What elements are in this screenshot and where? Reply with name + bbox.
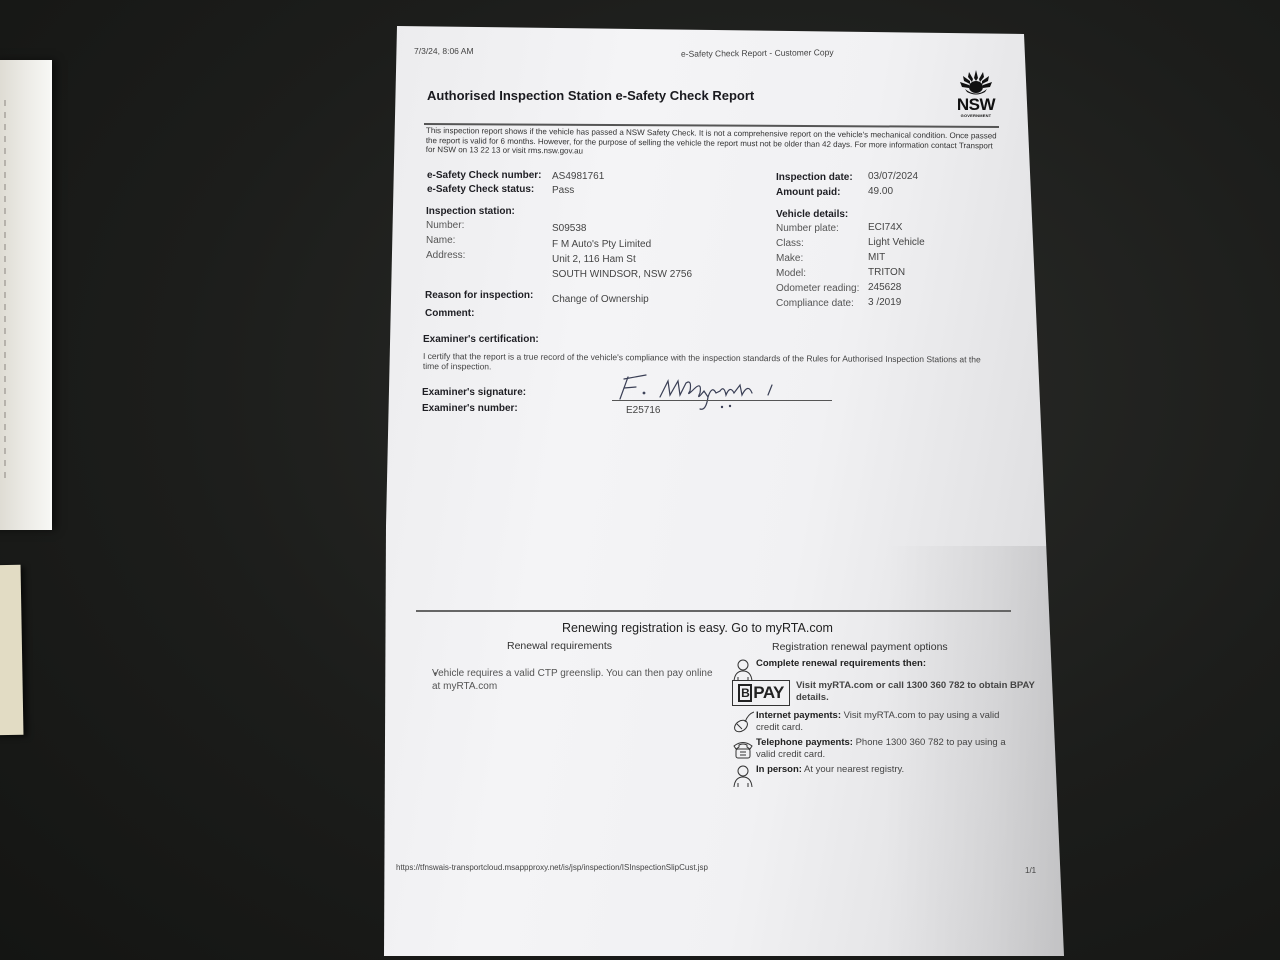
station-name-label: Name: <box>426 235 455 246</box>
comment-label: Comment: <box>425 308 474 319</box>
renewal-title: Renewing registration is easy. Go to myR… <box>562 621 833 635</box>
examiner-signature-label: Examiner's signature: <box>422 387 526 398</box>
amount-paid-label: Amount paid: <box>776 187 840 198</box>
payment-option: Internet payments: Visit myRTA.com to pa… <box>732 710 1018 734</box>
mouse-icon <box>732 710 754 734</box>
signature-line <box>612 400 832 401</box>
vehicle-field-value: Light Vehicle <box>868 237 925 248</box>
telephone-icon <box>732 737 754 761</box>
logo-nsw-text: NSW <box>956 96 996 113</box>
check-status-label: e-Safety Check status: <box>427 184 534 195</box>
logo-government-text: GOVERNMENT <box>956 113 996 118</box>
station-number-label: Number: <box>426 220 464 231</box>
waratah-icon <box>958 68 994 96</box>
reason-value: Change of Ownership <box>552 294 649 305</box>
certification-heading: Examiner's certification: <box>423 334 539 345</box>
payment-option: In person: At your nearest registry. <box>732 764 1018 788</box>
renewal-requirements-heading: Renewal requirements <box>507 640 612 652</box>
report-intro: This inspection report shows if the vehi… <box>426 126 1001 160</box>
bpay-text: PAY <box>753 683 784 703</box>
print-timestamp: 7/3/24, 8:06 AM <box>414 46 474 56</box>
payment-options-heading: Registration renewal payment options <box>772 641 948 653</box>
station-address-line1: Unit 2, 116 Ham St <box>552 254 636 265</box>
reason-label: Reason for inspection: <box>425 290 533 301</box>
vehicle-field-label: Number plate: <box>776 223 839 234</box>
renewal-requirement-item: Vehicle requires a valid CTP greenslip. … <box>432 667 722 693</box>
background-paper-stack <box>0 60 52 530</box>
examiner-number-label: Examiner's number: <box>422 403 518 414</box>
payment-option: Telephone payments: Phone 1300 360 782 t… <box>732 737 1018 761</box>
vehicle-field-value: MIT <box>868 252 885 263</box>
vehicle-field-label: Make: <box>776 253 803 264</box>
nsw-government-logo: NSW GOVERNMENT <box>956 68 996 118</box>
station-address-line2: SOUTH WINDSOR, NSW 2756 <box>552 269 692 280</box>
payment-option-description: Visit myRTA.com or call 1300 360 782 to … <box>796 680 1035 703</box>
station-name-value: F M Auto's Pty Limited <box>552 239 651 250</box>
payment-option-text: In person: At your nearest registry. <box>756 764 1018 776</box>
check-status-value: Pass <box>552 185 574 196</box>
payment-option-text: Complete renewal requirements then: <box>756 658 1018 670</box>
vehicle-field-label: Odometer reading: <box>776 283 859 294</box>
payment-option: Complete renewal requirements then: <box>732 658 1018 682</box>
payment-option-title: In person: <box>756 764 802 775</box>
bpay-mark: B <box>738 684 752 702</box>
payment-option-text: Visit myRTA.com or call 1300 360 782 to … <box>796 680 1058 704</box>
payment-option-text: Internet payments: Visit myRTA.com to pa… <box>756 710 1018 734</box>
vehicle-field-value: 3 /2019 <box>868 297 901 308</box>
station-address-label: Address: <box>426 250 465 261</box>
examiner-number-value: E25716 <box>626 405 660 416</box>
vehicle-field-label: Model: <box>776 268 806 279</box>
station-heading: Inspection station: <box>426 206 515 217</box>
payment-option-title: Complete renewal requirements then: <box>756 658 926 669</box>
inspection-date-label: Inspection date: <box>776 172 853 183</box>
station-number-value: S09538 <box>552 223 586 234</box>
vehicle-field-label: Class: <box>776 238 804 249</box>
payment-option-title: Telephone payments: <box>756 737 853 748</box>
check-number-value: AS4981761 <box>552 171 604 182</box>
background-card <box>0 565 23 736</box>
inspection-date-value: 03/07/2024 <box>868 171 918 182</box>
inspection-report-sheet: 7/3/24, 8:06 AM e-Safety Check Report - … <box>384 26 1064 956</box>
vehicle-field-value: ECI74X <box>868 222 902 233</box>
vehicle-field-label: Compliance date: <box>776 298 854 309</box>
vehicle-heading: Vehicle details: <box>776 209 848 220</box>
payment-option-description: At your nearest registry. <box>802 764 904 775</box>
person-icon <box>732 764 754 788</box>
document-header-title: e-Safety Check Report - Customer Copy <box>681 47 834 59</box>
check-number-label: e-Safety Check number: <box>427 170 541 181</box>
vehicle-field-value: 245628 <box>868 282 901 293</box>
payment-option-text: Telephone payments: Phone 1300 360 782 t… <box>756 737 1018 761</box>
report-title: Authorised Inspection Station e-Safety C… <box>427 88 754 103</box>
renewal-divider <box>416 610 1011 612</box>
footer-page-number: 1/1 <box>1025 866 1036 875</box>
amount-paid-value: 49.00 <box>868 186 893 197</box>
person-icon <box>732 658 754 682</box>
bpay-logo: BPAY <box>732 680 790 706</box>
payment-option: BPAYVisit myRTA.com or call 1300 360 782… <box>732 680 1058 706</box>
vehicle-field-value: TRITON <box>868 267 905 278</box>
footer-url: https://tfnswais-transportcloud.msapppro… <box>396 863 708 872</box>
payment-option-title: Internet payments: <box>756 710 841 721</box>
